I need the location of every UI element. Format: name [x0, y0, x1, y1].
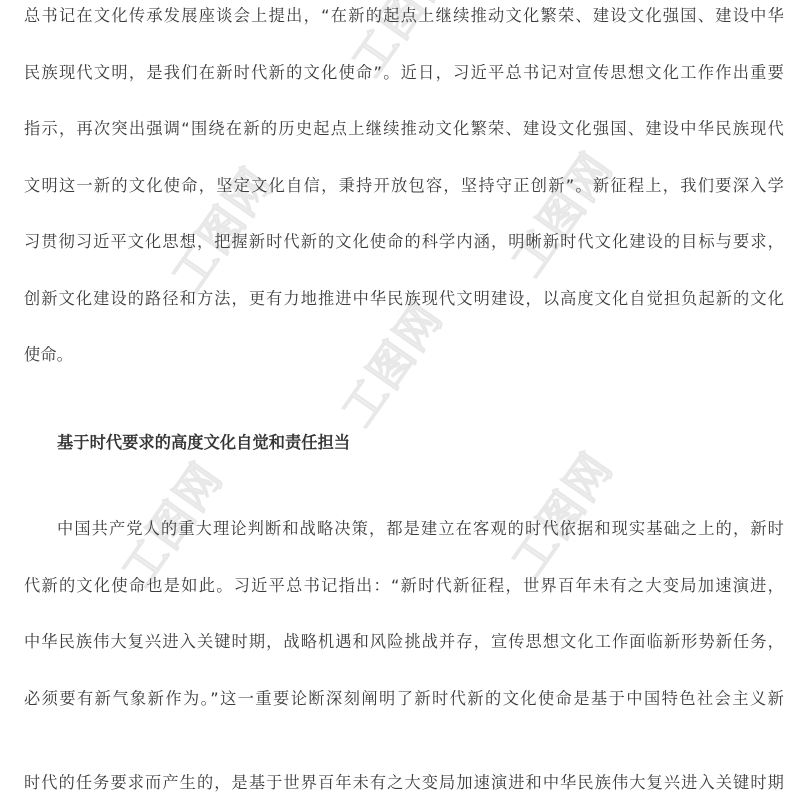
document-page: 工图网 工图网 工图网 工图网 工图网 工图网 总书记在文化传承发展座谈会上提出…	[0, 0, 800, 800]
text-line: 使命。	[24, 344, 784, 366]
text-line: 创新文化建设的路径和方法，更有力地推进中华民族现代文明建设，以高度文化自觉担负起…	[24, 288, 784, 310]
watermark: 工图网	[493, 137, 625, 287]
text-line: 指示，再次突出强调“围绕在新的历史起点上继续推动文化繁荣、建设文化强国、建设中华…	[24, 118, 784, 140]
text-line: 代新的文化使命也是如此。习近平总书记指出：“新时代新征程，世界百年未有之大变局加…	[24, 575, 784, 597]
text-line: 文明这一新的文化使命，坚定文化自信，秉持开放包容，坚持守正创新”。新征程上，我们…	[24, 175, 784, 197]
section-heading: 基于时代要求的高度文化自觉和责任担当	[57, 432, 350, 454]
text-line: 民族现代文明，是我们在新时代新的文化使命”。近日，习近平总书记对宣传思想文化工作…	[24, 62, 784, 84]
text-line: 中华民族伟大复兴进入关键时期，战略机遇和风险挑战并存，宣传思想文化工作面临新形势…	[24, 631, 784, 653]
text-line: 习贯彻习近平文化思想，把握新时代新的文化使命的科学内涵，明晰新时代文化建设的目标…	[24, 231, 784, 253]
text-line: 中国共产党人的重大理论判断和战略决策，都是建立在客观的时代依据和现实基础之上的，…	[57, 518, 784, 540]
text-line: 时代的任务要求而产生的，是基于世界百年未有之大变局加速演进和中华民族伟大复兴进入…	[24, 772, 784, 794]
text-line: 总书记在文化传承发展座谈会上提出，“在新的起点上继续推动文化繁荣、建设文化强国、…	[24, 5, 784, 27]
watermark: 工图网	[493, 437, 625, 587]
text-line: 必须要有新气象新作为。”这一重要论断深刻阐明了新时代新的文化使命是基于中国特色社…	[24, 688, 784, 710]
